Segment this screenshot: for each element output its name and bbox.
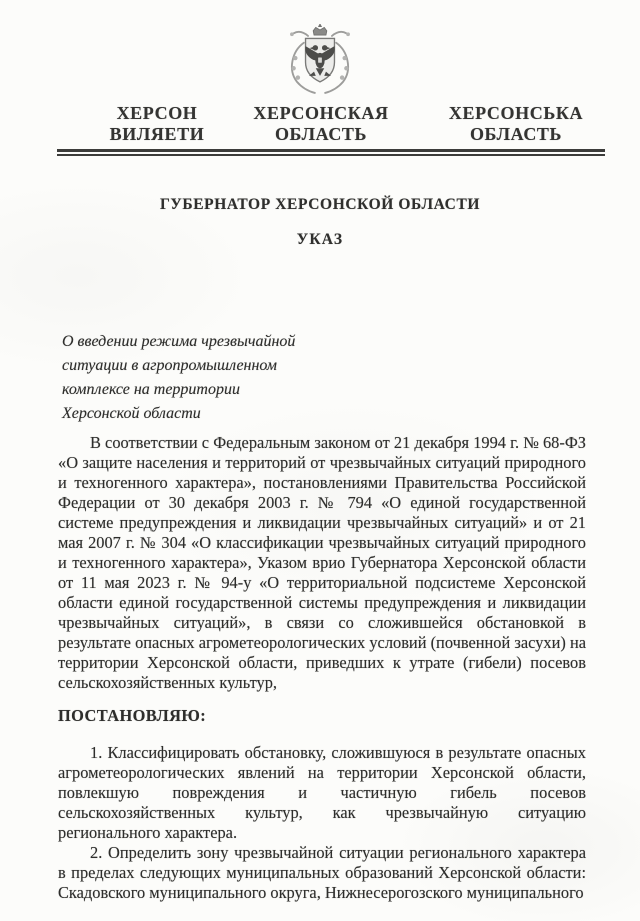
letterhead-center-line1: ХЕРСОНСКАЯ bbox=[248, 103, 394, 124]
letterhead-divider bbox=[57, 149, 605, 156]
intro-paragraph: В соответствии с Федеральным законом от … bbox=[58, 433, 586, 693]
letterhead-left-line2: ВИЛЯЕТИ bbox=[88, 124, 226, 145]
letterhead-center-line2: ОБЛАСТЬ bbox=[248, 124, 394, 145]
letterhead-left-line1: ХЕРСОН bbox=[88, 103, 226, 124]
coat-of-arms-icon bbox=[277, 24, 363, 104]
letterhead-right-line2: ОБЛАСТЬ bbox=[444, 124, 588, 145]
resolution-item-1: 1. Классифицировать обстановку, сложившу… bbox=[58, 743, 586, 843]
subject-line: О введении режима чрезвычайной ситуации … bbox=[62, 330, 314, 426]
letterhead-center: ХЕРСОНСКАЯ ОБЛАСТЬ bbox=[248, 103, 394, 145]
letterhead-left: ХЕРСОН ВИЛЯЕТИ bbox=[88, 103, 226, 145]
document-page: ХЕРСОН ВИЛЯЕТИ ХЕРСОНСКАЯ ОБЛАСТЬ ХЕРСОН… bbox=[0, 0, 640, 921]
document-type-title: УКАЗ bbox=[0, 231, 640, 249]
resolution-item-2: 2. Определить зону чрезвычайной ситуации… bbox=[58, 843, 586, 903]
document-body: В соответствии с Федеральным законом от … bbox=[58, 433, 586, 903]
resolve-heading: ПОСТАНОВЛЯЮ: bbox=[58, 706, 586, 726]
issuer-title: ГУБЕРНАТОР ХЕРСОНСКОЙ ОБЛАСТИ bbox=[0, 196, 640, 214]
letterhead-right: ХЕРСОНСЬКА ОБЛАСТЬ bbox=[444, 103, 588, 145]
letterhead-right-line1: ХЕРСОНСЬКА bbox=[444, 103, 588, 124]
